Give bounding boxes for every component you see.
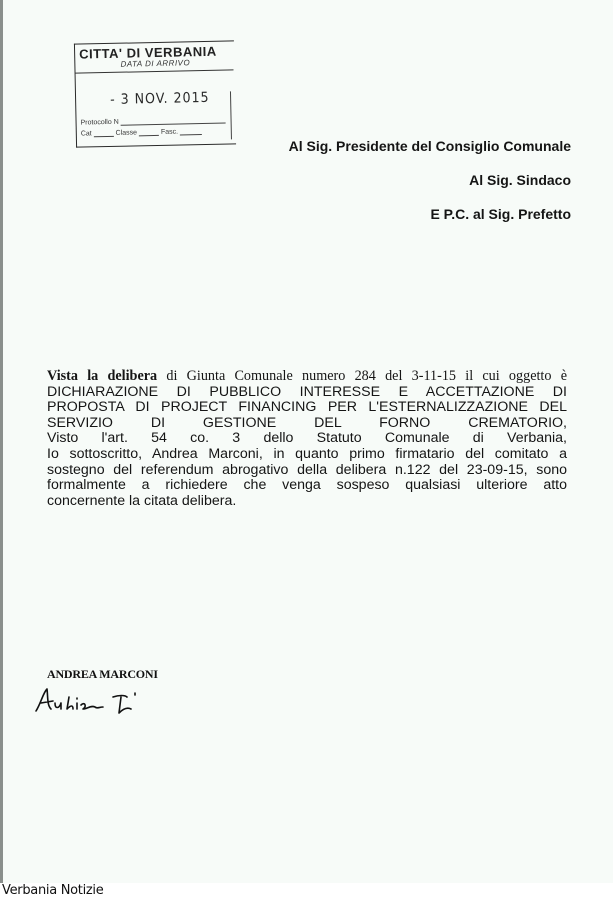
arrival-stamp: CITTA' DI VERBANIA DATA DI ARRIVO - 3 NO… <box>74 40 236 147</box>
body-line: SERVIZIO DI GESTIONE DEL FORNO CREMATORI… <box>47 416 567 432</box>
body-line: Vista la delibera di Giunta Comunale num… <box>47 369 567 385</box>
scanned-letter-page: CITTA' DI VERBANIA DATA DI ARRIVO - 3 NO… <box>0 0 613 883</box>
stamp-fasc-label: Fasc. <box>161 129 178 136</box>
body-intro-text: di Giunta Comunale numero 284 del 3-11-1… <box>157 368 567 384</box>
stamp-class-label: Classe <box>116 129 138 136</box>
signer-name: ANDREA MARCONI <box>47 667 158 682</box>
addressee-president: Al Sig. Presidente del Consiglio Comunal… <box>289 138 571 154</box>
body-line: Io sottoscritto, Andrea Marconi, in quan… <box>47 447 567 463</box>
stamp-divider <box>76 69 234 73</box>
body-line: PROPOSTA DI PROJECT FINANCING PER L'ESTE… <box>47 400 567 416</box>
stamp-category-line: Cat Classe Fasc. <box>81 128 202 138</box>
stamp-subtitle: DATA DI ARRIVO <box>75 57 235 69</box>
stamp-fasc-blank <box>180 129 202 135</box>
stamp-protocol-blank <box>121 118 226 126</box>
body-intro-bold: Vista la delibera <box>47 368 157 384</box>
stamp-protocol-line: Protocollo N <box>81 117 226 127</box>
stamp-date: - 3 NOV. 2015 <box>110 90 210 108</box>
body-line: sostegno del referendum abrogativo della… <box>47 463 567 479</box>
addressee-mayor: Al Sig. Sindaco <box>469 172 571 188</box>
stamp-protocol-label: Protocollo N <box>81 119 119 127</box>
addressee-prefect: E P.C. al Sig. Prefetto <box>430 206 571 222</box>
stamp-cat-label: Cat <box>81 130 92 137</box>
body-line: DICHIARAZIONE DI PUBBLICO INTERESSE E AC… <box>47 385 567 401</box>
handwritten-signature <box>33 683 143 717</box>
body-line: concernente la citata delibera. <box>47 494 567 510</box>
body-line: Visto l'art. 54 co. 3 dello Statuto Comu… <box>47 431 567 447</box>
stamp-cat-blank <box>94 131 114 137</box>
body-line: formalmente a richiedere che venga sospe… <box>47 478 567 494</box>
letter-body: Vista la delibera di Giunta Comunale num… <box>47 369 567 509</box>
source-caption: Verbania Notizie <box>2 883 103 898</box>
stamp-class-blank <box>139 130 159 136</box>
